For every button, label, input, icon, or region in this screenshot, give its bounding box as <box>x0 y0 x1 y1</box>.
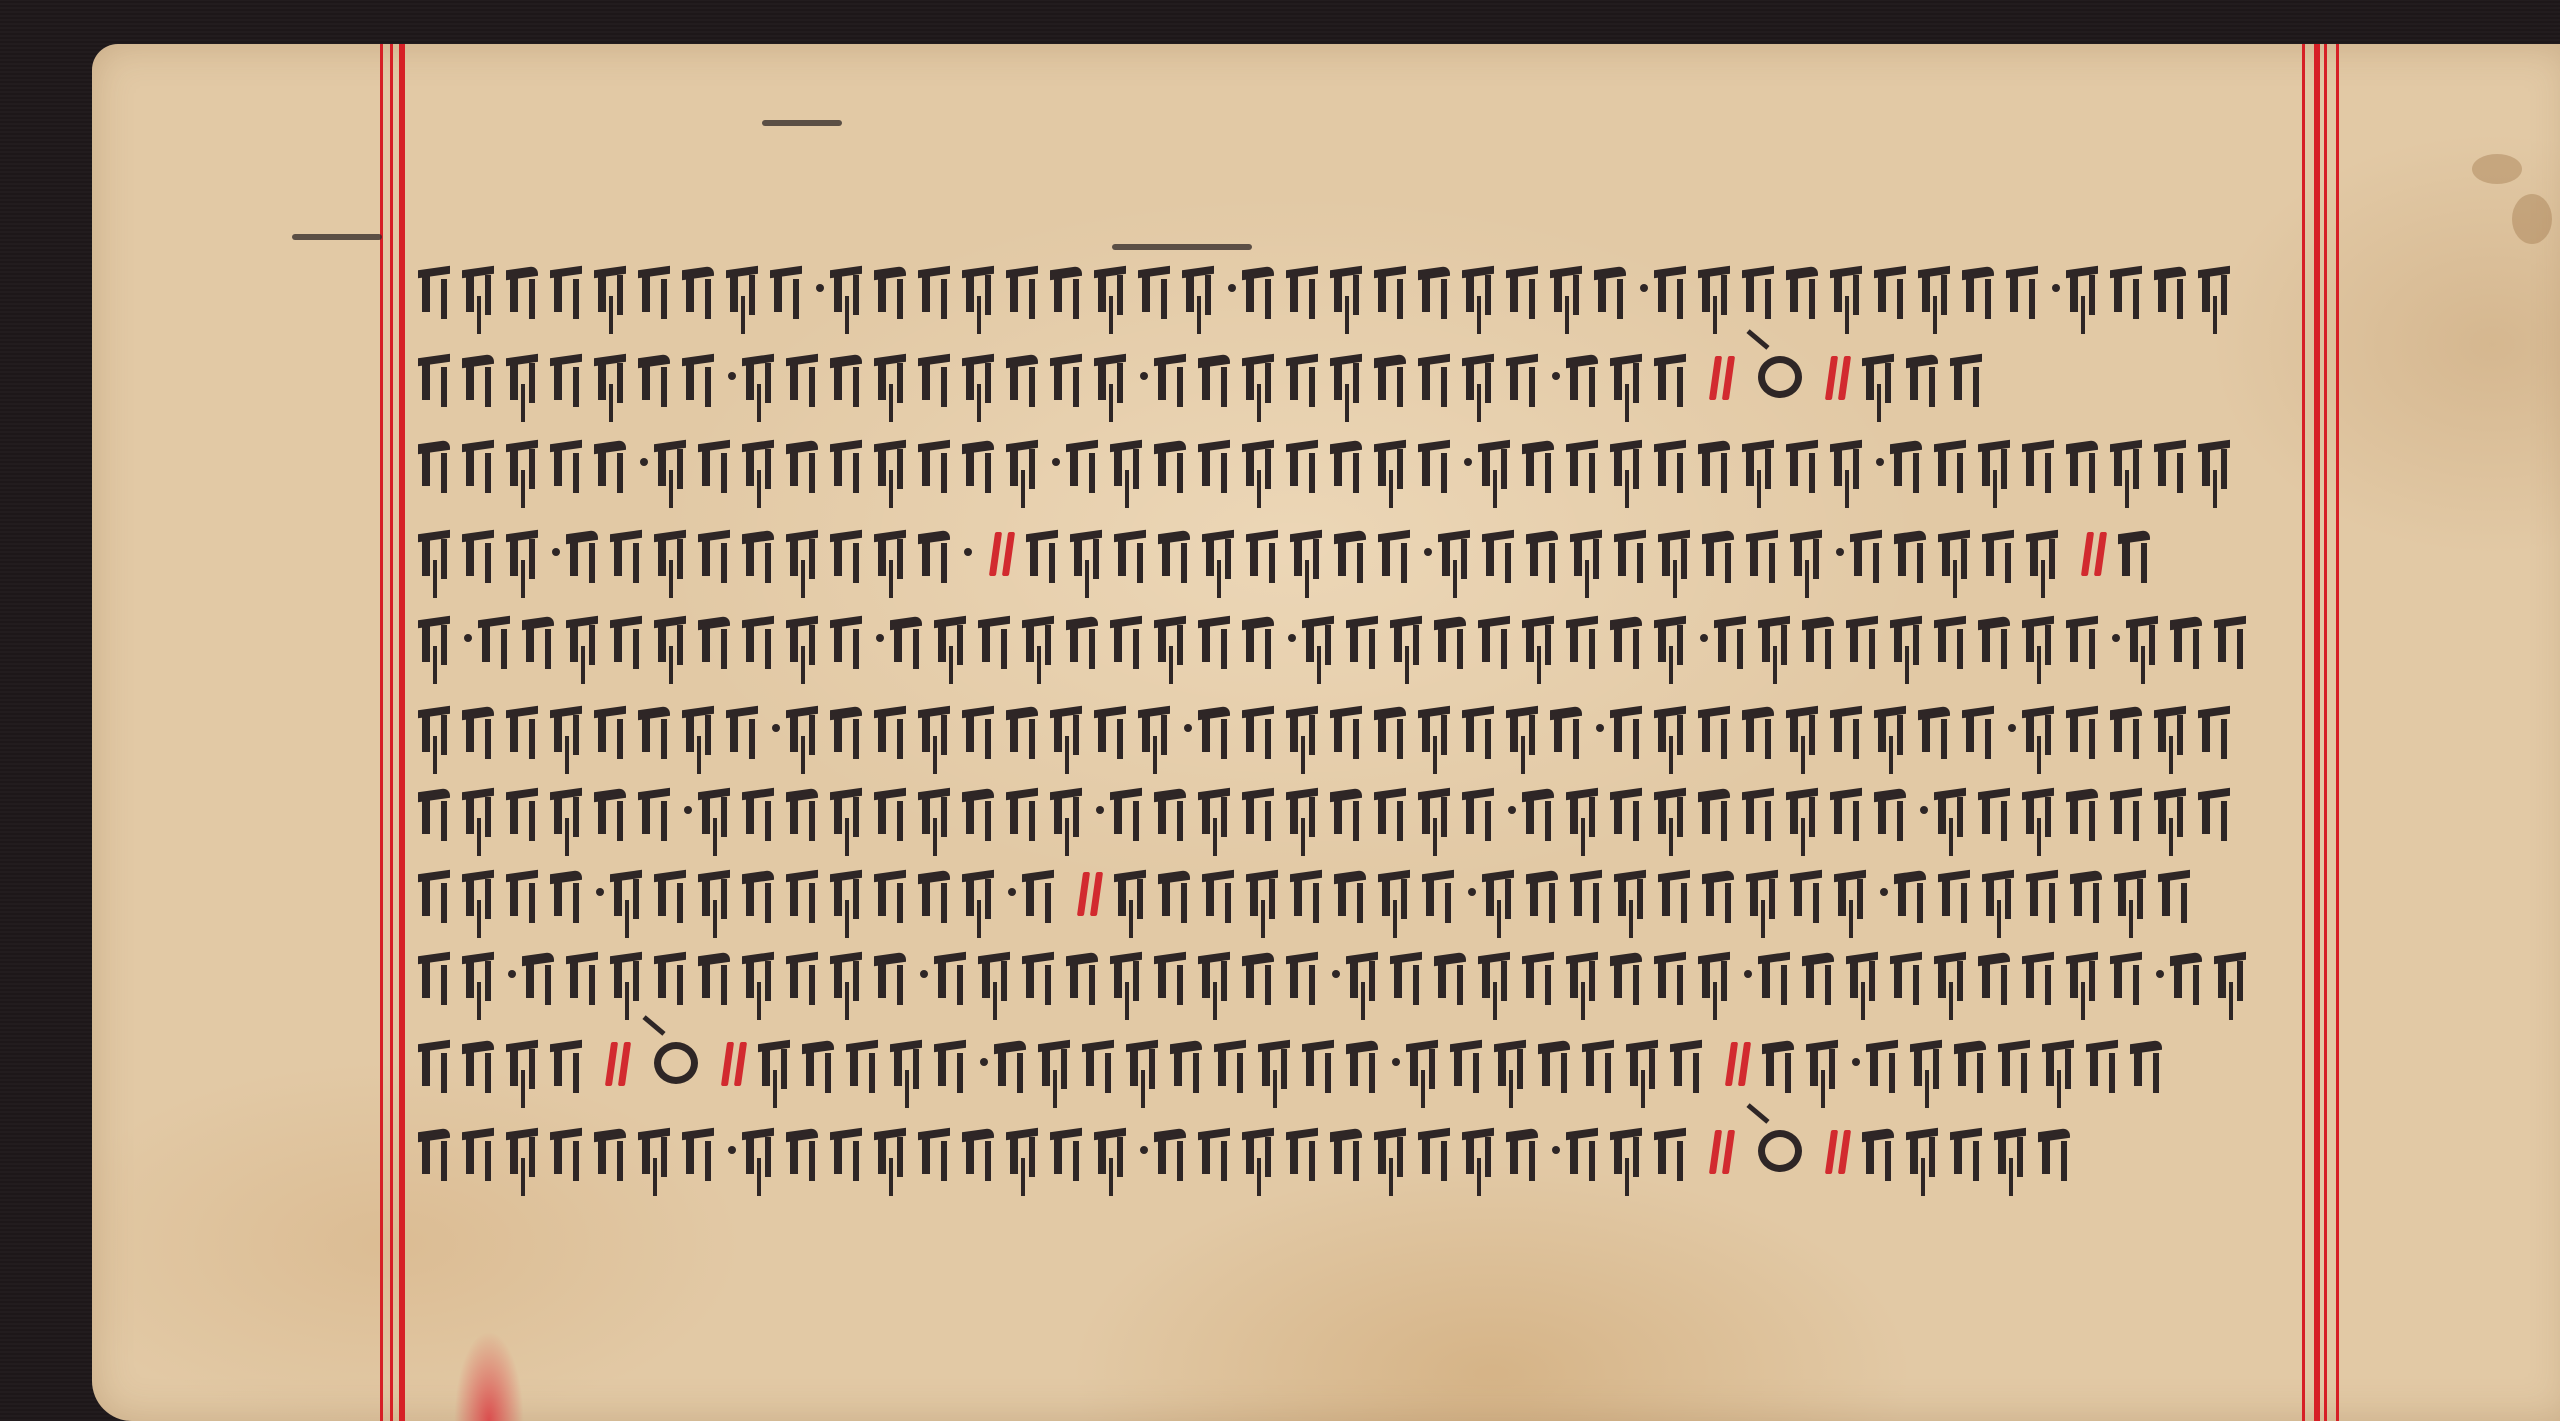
script-glyph <box>1286 442 1322 486</box>
script-glyph <box>566 618 602 662</box>
script-glyph <box>918 708 954 752</box>
script-glyph <box>698 954 734 998</box>
script-glyph <box>2006 268 2042 312</box>
script-glyph <box>742 872 778 916</box>
script-glyph <box>1290 532 1326 576</box>
script-glyph <box>1746 532 1782 576</box>
script-glyph <box>1538 1042 1574 1086</box>
script-glyph <box>786 954 822 998</box>
script-glyph <box>1006 356 1042 400</box>
script-glyph <box>1654 790 1690 834</box>
script-glyph <box>1978 442 2014 486</box>
ink-mark <box>762 120 842 126</box>
script-glyph <box>1566 1130 1602 1174</box>
paper-stain <box>2472 154 2522 184</box>
script-glyph <box>550 708 586 752</box>
script-glyph <box>874 790 910 834</box>
script-glyph <box>1790 872 1826 916</box>
script-glyph <box>1242 954 1278 998</box>
script-glyph <box>1890 954 1926 998</box>
script-glyph <box>1214 1042 1250 1086</box>
script-glyph <box>1978 954 2014 998</box>
script-glyph <box>418 872 454 916</box>
script-glyph <box>2066 618 2102 662</box>
script-glyph <box>506 790 542 834</box>
script-glyph <box>1918 708 1954 752</box>
script-glyph <box>462 954 498 998</box>
script-glyph <box>1374 790 1410 834</box>
script-glyph <box>2042 1042 2078 1086</box>
script-glyph <box>1286 268 1322 312</box>
script-glyph <box>2154 268 2190 312</box>
word-separator-dot <box>1096 806 1104 814</box>
script-glyph <box>1570 872 1606 916</box>
script-glyph <box>2170 618 2206 662</box>
script-glyph <box>1830 790 1866 834</box>
script-glyph <box>786 872 822 916</box>
manuscript-line <box>418 936 2308 998</box>
script-glyph <box>698 618 734 662</box>
script-glyph <box>962 708 998 752</box>
script-glyph <box>1862 356 1898 400</box>
left-margin-rule <box>399 44 405 1421</box>
script-glyph <box>550 872 586 916</box>
word-separator-dot <box>816 284 824 292</box>
script-glyph <box>918 268 954 312</box>
script-glyph <box>1950 356 1986 400</box>
script-glyph <box>874 872 910 916</box>
script-glyph <box>506 268 542 312</box>
script-glyph <box>418 618 454 662</box>
script-glyph <box>1742 790 1778 834</box>
script-glyph <box>418 1042 454 1086</box>
script-glyph <box>2066 708 2102 752</box>
script-glyph <box>786 790 822 834</box>
script-glyph <box>1478 954 1514 998</box>
script-glyph <box>830 356 866 400</box>
script-glyph <box>1954 1042 1990 1086</box>
script-glyph <box>1506 356 1542 400</box>
manuscript-line <box>418 1024 2308 1086</box>
script-glyph <box>698 790 734 834</box>
word-separator-dot <box>1464 458 1472 466</box>
script-glyph <box>1126 1042 1162 1086</box>
script-glyph <box>918 356 954 400</box>
right-margin-rule <box>2336 44 2339 1421</box>
script-glyph <box>1654 442 1690 486</box>
script-glyph <box>1334 872 1370 916</box>
script-glyph <box>654 618 690 662</box>
script-glyph <box>2066 790 2102 834</box>
manuscript-line <box>418 338 2308 400</box>
script-glyph <box>1786 790 1822 834</box>
script-glyph <box>462 268 498 312</box>
red-double-danda-icon <box>1828 354 1848 400</box>
script-glyph <box>1874 708 1910 752</box>
script-glyph <box>1550 708 1586 752</box>
script-glyph <box>462 1042 498 1086</box>
word-separator-dot <box>1852 1058 1860 1066</box>
script-glyph <box>550 1130 586 1174</box>
script-glyph <box>2110 268 2146 312</box>
script-glyph <box>1418 790 1454 834</box>
script-glyph <box>1874 790 1910 834</box>
script-glyph <box>1610 790 1646 834</box>
script-glyph <box>1522 954 1558 998</box>
script-glyph <box>1006 708 1042 752</box>
script-glyph <box>1006 1130 1042 1174</box>
word-separator-dot <box>876 634 884 642</box>
script-glyph <box>1790 532 1826 576</box>
script-glyph <box>1918 268 1954 312</box>
word-separator-dot <box>1424 548 1432 556</box>
script-glyph <box>1894 872 1930 916</box>
word-separator-dot <box>1392 1058 1400 1066</box>
script-glyph <box>1962 268 1998 312</box>
script-glyph <box>1874 268 1910 312</box>
script-glyph <box>786 356 822 400</box>
script-glyph <box>594 442 630 486</box>
script-glyph <box>1978 790 2014 834</box>
script-glyph <box>1066 442 1102 486</box>
script-glyph <box>2086 1042 2122 1086</box>
script-glyph <box>830 442 866 486</box>
script-glyph <box>918 442 954 486</box>
word-separator-dot <box>1332 970 1340 978</box>
script-glyph <box>462 708 498 752</box>
script-glyph <box>890 618 926 662</box>
script-glyph <box>1158 872 1194 916</box>
red-double-danda-icon <box>1728 1040 1748 1086</box>
script-glyph <box>1050 268 1086 312</box>
script-glyph <box>2214 618 2250 662</box>
script-glyph <box>1418 1130 1454 1174</box>
script-glyph <box>1526 532 1562 576</box>
script-glyph <box>1566 618 1602 662</box>
script-glyph <box>1006 442 1042 486</box>
script-glyph <box>1894 532 1930 576</box>
script-glyph <box>1698 268 1734 312</box>
script-glyph <box>1830 442 1866 486</box>
word-separator-dot <box>552 548 560 556</box>
word-separator-dot <box>920 970 928 978</box>
script-glyph <box>918 1130 954 1174</box>
script-glyph <box>846 1042 882 1086</box>
script-glyph <box>1906 1130 1942 1174</box>
script-glyph <box>1610 1130 1646 1174</box>
script-glyph <box>1978 618 2014 662</box>
script-glyph <box>1110 442 1146 486</box>
script-glyph <box>874 442 910 486</box>
script-glyph <box>2154 790 2190 834</box>
script-glyph <box>1242 1130 1278 1174</box>
script-glyph <box>1654 708 1690 752</box>
script-glyph <box>2198 790 2234 834</box>
script-glyph <box>726 268 762 312</box>
script-glyph <box>638 708 674 752</box>
script-glyph <box>1582 1042 1618 1086</box>
manuscript-line <box>418 600 2308 662</box>
script-glyph <box>1482 532 1518 576</box>
script-glyph <box>1050 1130 1086 1174</box>
script-glyph <box>1286 1130 1322 1174</box>
script-glyph <box>742 1130 778 1174</box>
script-glyph <box>1170 1042 1206 1086</box>
word-separator-dot <box>2052 284 2060 292</box>
script-glyph <box>550 356 586 400</box>
script-glyph <box>1802 954 1838 998</box>
script-glyph <box>1450 1042 1486 1086</box>
word-separator-dot <box>1880 888 1888 896</box>
script-glyph <box>1594 268 1630 312</box>
script-glyph <box>2214 954 2250 998</box>
script-glyph <box>1182 268 1218 312</box>
script-glyph <box>2118 532 2154 576</box>
script-glyph <box>1478 442 1514 486</box>
script-glyph <box>786 1130 822 1174</box>
script-glyph <box>682 1130 718 1174</box>
script-glyph <box>1654 268 1690 312</box>
word-separator-dot <box>1552 372 1560 380</box>
script-glyph <box>550 268 586 312</box>
script-glyph <box>962 356 998 400</box>
script-glyph <box>2066 442 2102 486</box>
script-glyph <box>934 1042 970 1086</box>
script-glyph <box>830 532 866 576</box>
script-glyph <box>1806 1042 1842 1086</box>
manuscript-line <box>418 772 2308 834</box>
word-separator-dot <box>464 634 472 642</box>
script-glyph <box>918 872 954 916</box>
script-glyph <box>2170 954 2206 998</box>
script-glyph <box>830 1130 866 1174</box>
right-margin-rule <box>2314 44 2320 1421</box>
script-glyph <box>1110 790 1146 834</box>
red-double-danda-icon <box>2084 530 2104 576</box>
script-glyph <box>1566 442 1602 486</box>
script-glyph <box>506 872 542 916</box>
word-separator-dot <box>1876 458 1884 466</box>
script-glyph <box>2114 872 2150 916</box>
script-glyph <box>1522 618 1558 662</box>
script-glyph <box>506 532 542 576</box>
script-glyph <box>2022 618 2058 662</box>
word-separator-dot <box>508 970 516 978</box>
word-separator-dot <box>1744 970 1752 978</box>
word-separator-dot <box>1640 284 1648 292</box>
script-glyph <box>1698 708 1734 752</box>
script-glyph <box>1066 618 1102 662</box>
script-glyph <box>962 268 998 312</box>
script-glyph <box>1094 708 1130 752</box>
script-glyph <box>1258 1042 1294 1086</box>
script-glyph <box>418 356 454 400</box>
script-glyph <box>1374 708 1410 752</box>
word-separator-dot <box>1920 806 1928 814</box>
script-glyph <box>1742 442 1778 486</box>
script-glyph <box>1154 618 1190 662</box>
script-glyph <box>1330 268 1366 312</box>
manuscript-line <box>418 854 2308 916</box>
red-double-danda-icon <box>992 530 1012 576</box>
script-glyph <box>1066 954 1102 998</box>
script-glyph <box>874 268 910 312</box>
script-glyph <box>1198 954 1234 998</box>
script-glyph <box>1462 356 1498 400</box>
script-glyph <box>1702 872 1738 916</box>
script-glyph <box>462 532 498 576</box>
script-glyph <box>1462 1130 1498 1174</box>
script-glyph <box>1746 872 1782 916</box>
script-glyph <box>638 356 674 400</box>
script-glyph <box>742 954 778 998</box>
script-glyph <box>638 790 674 834</box>
script-glyph <box>1938 532 1974 576</box>
script-glyph <box>1242 268 1278 312</box>
script-glyph <box>1742 268 1778 312</box>
script-glyph <box>1050 356 1086 400</box>
script-glyph <box>1702 532 1738 576</box>
script-glyph <box>1654 1130 1690 1174</box>
script-glyph <box>1714 618 1750 662</box>
script-glyph <box>1290 872 1326 916</box>
script-glyph <box>962 872 998 916</box>
script-glyph <box>1198 442 1234 486</box>
script-glyph <box>2066 954 2102 998</box>
script-glyph <box>830 954 866 998</box>
script-glyph <box>2022 790 2058 834</box>
left-margin-rule <box>380 44 383 1421</box>
script-glyph <box>610 954 646 998</box>
red-double-danda-icon <box>1712 1128 1732 1174</box>
script-glyph <box>1154 954 1190 998</box>
script-glyph <box>2038 1130 2074 1174</box>
script-glyph <box>1242 618 1278 662</box>
word-separator-dot <box>772 724 780 732</box>
word-separator-dot <box>1700 634 1708 642</box>
script-glyph <box>1198 790 1234 834</box>
script-glyph <box>1202 532 1238 576</box>
script-glyph <box>1566 954 1602 998</box>
script-glyph <box>1050 790 1086 834</box>
word-separator-dot <box>1508 806 1516 814</box>
red-double-danda-icon <box>608 1040 628 1086</box>
script-glyph <box>1242 442 1278 486</box>
script-glyph <box>2026 872 2062 916</box>
script-glyph <box>1482 872 1518 916</box>
script-glyph <box>698 532 734 576</box>
script-glyph <box>610 872 646 916</box>
script-glyph <box>1286 356 1322 400</box>
script-glyph <box>1114 532 1150 576</box>
script-glyph <box>2126 618 2162 662</box>
script-glyph <box>462 1130 498 1174</box>
script-glyph <box>1198 708 1234 752</box>
word-separator-dot <box>1008 888 1016 896</box>
script-glyph <box>1094 1130 1130 1174</box>
script-glyph <box>1786 708 1822 752</box>
script-glyph <box>1154 790 1190 834</box>
script-glyph <box>1994 1130 2030 1174</box>
script-glyph <box>1242 708 1278 752</box>
script-glyph <box>550 1042 586 1086</box>
script-glyph <box>550 790 586 834</box>
script-glyph <box>1154 442 1190 486</box>
script-glyph <box>2110 442 2146 486</box>
script-glyph <box>418 442 454 486</box>
script-glyph <box>1522 790 1558 834</box>
script-glyph <box>1698 954 1734 998</box>
word-separator-dot <box>2008 724 2016 732</box>
script-glyph <box>1866 1042 1902 1086</box>
manuscript-line <box>418 250 2308 312</box>
red-double-danda-icon <box>1828 1128 1848 1174</box>
script-glyph <box>742 356 778 400</box>
script-glyph <box>1934 790 1970 834</box>
script-glyph <box>2022 442 2058 486</box>
script-glyph <box>742 442 778 486</box>
script-glyph <box>1082 1042 1118 1086</box>
script-glyph <box>1698 442 1734 486</box>
word-separator-dot <box>596 888 604 896</box>
script-glyph <box>418 532 454 576</box>
script-glyph <box>682 708 718 752</box>
script-glyph <box>786 442 822 486</box>
script-glyph <box>1934 442 1970 486</box>
script-glyph <box>1830 708 1866 752</box>
script-glyph <box>418 790 454 834</box>
script-glyph <box>1242 790 1278 834</box>
script-glyph <box>566 532 602 576</box>
script-glyph <box>2154 708 2190 752</box>
script-glyph <box>1802 618 1838 662</box>
script-glyph <box>1670 1042 1706 1086</box>
script-glyph <box>1330 356 1366 400</box>
script-glyph <box>1346 1042 1382 1086</box>
script-glyph <box>1138 708 1174 752</box>
script-glyph <box>654 532 690 576</box>
script-glyph <box>1550 268 1586 312</box>
script-glyph <box>2158 872 2194 916</box>
script-glyph <box>1022 618 1058 662</box>
word-separator-dot <box>1288 634 1296 642</box>
script-glyph <box>654 442 690 486</box>
script-glyph <box>2154 442 2190 486</box>
script-glyph <box>1698 790 1734 834</box>
script-glyph <box>934 954 970 998</box>
script-glyph <box>2110 790 2146 834</box>
script-glyph <box>1302 618 1338 662</box>
script-glyph <box>1434 954 1470 998</box>
script-glyph <box>1478 618 1514 662</box>
script-glyph <box>2022 708 2058 752</box>
script-glyph <box>1890 442 1926 486</box>
script-glyph <box>462 442 498 486</box>
script-glyph <box>770 268 806 312</box>
script-glyph <box>1610 356 1646 400</box>
manuscript-line <box>418 424 2308 486</box>
script-glyph <box>1906 356 1942 400</box>
left-margin-rule <box>390 44 393 1421</box>
script-glyph <box>1242 356 1278 400</box>
script-glyph <box>890 1042 926 1086</box>
script-glyph <box>1934 954 1970 998</box>
script-glyph <box>742 532 778 576</box>
script-glyph <box>1462 268 1498 312</box>
script-glyph <box>1418 442 1454 486</box>
script-glyph <box>1982 872 2018 916</box>
script-glyph <box>1374 356 1410 400</box>
